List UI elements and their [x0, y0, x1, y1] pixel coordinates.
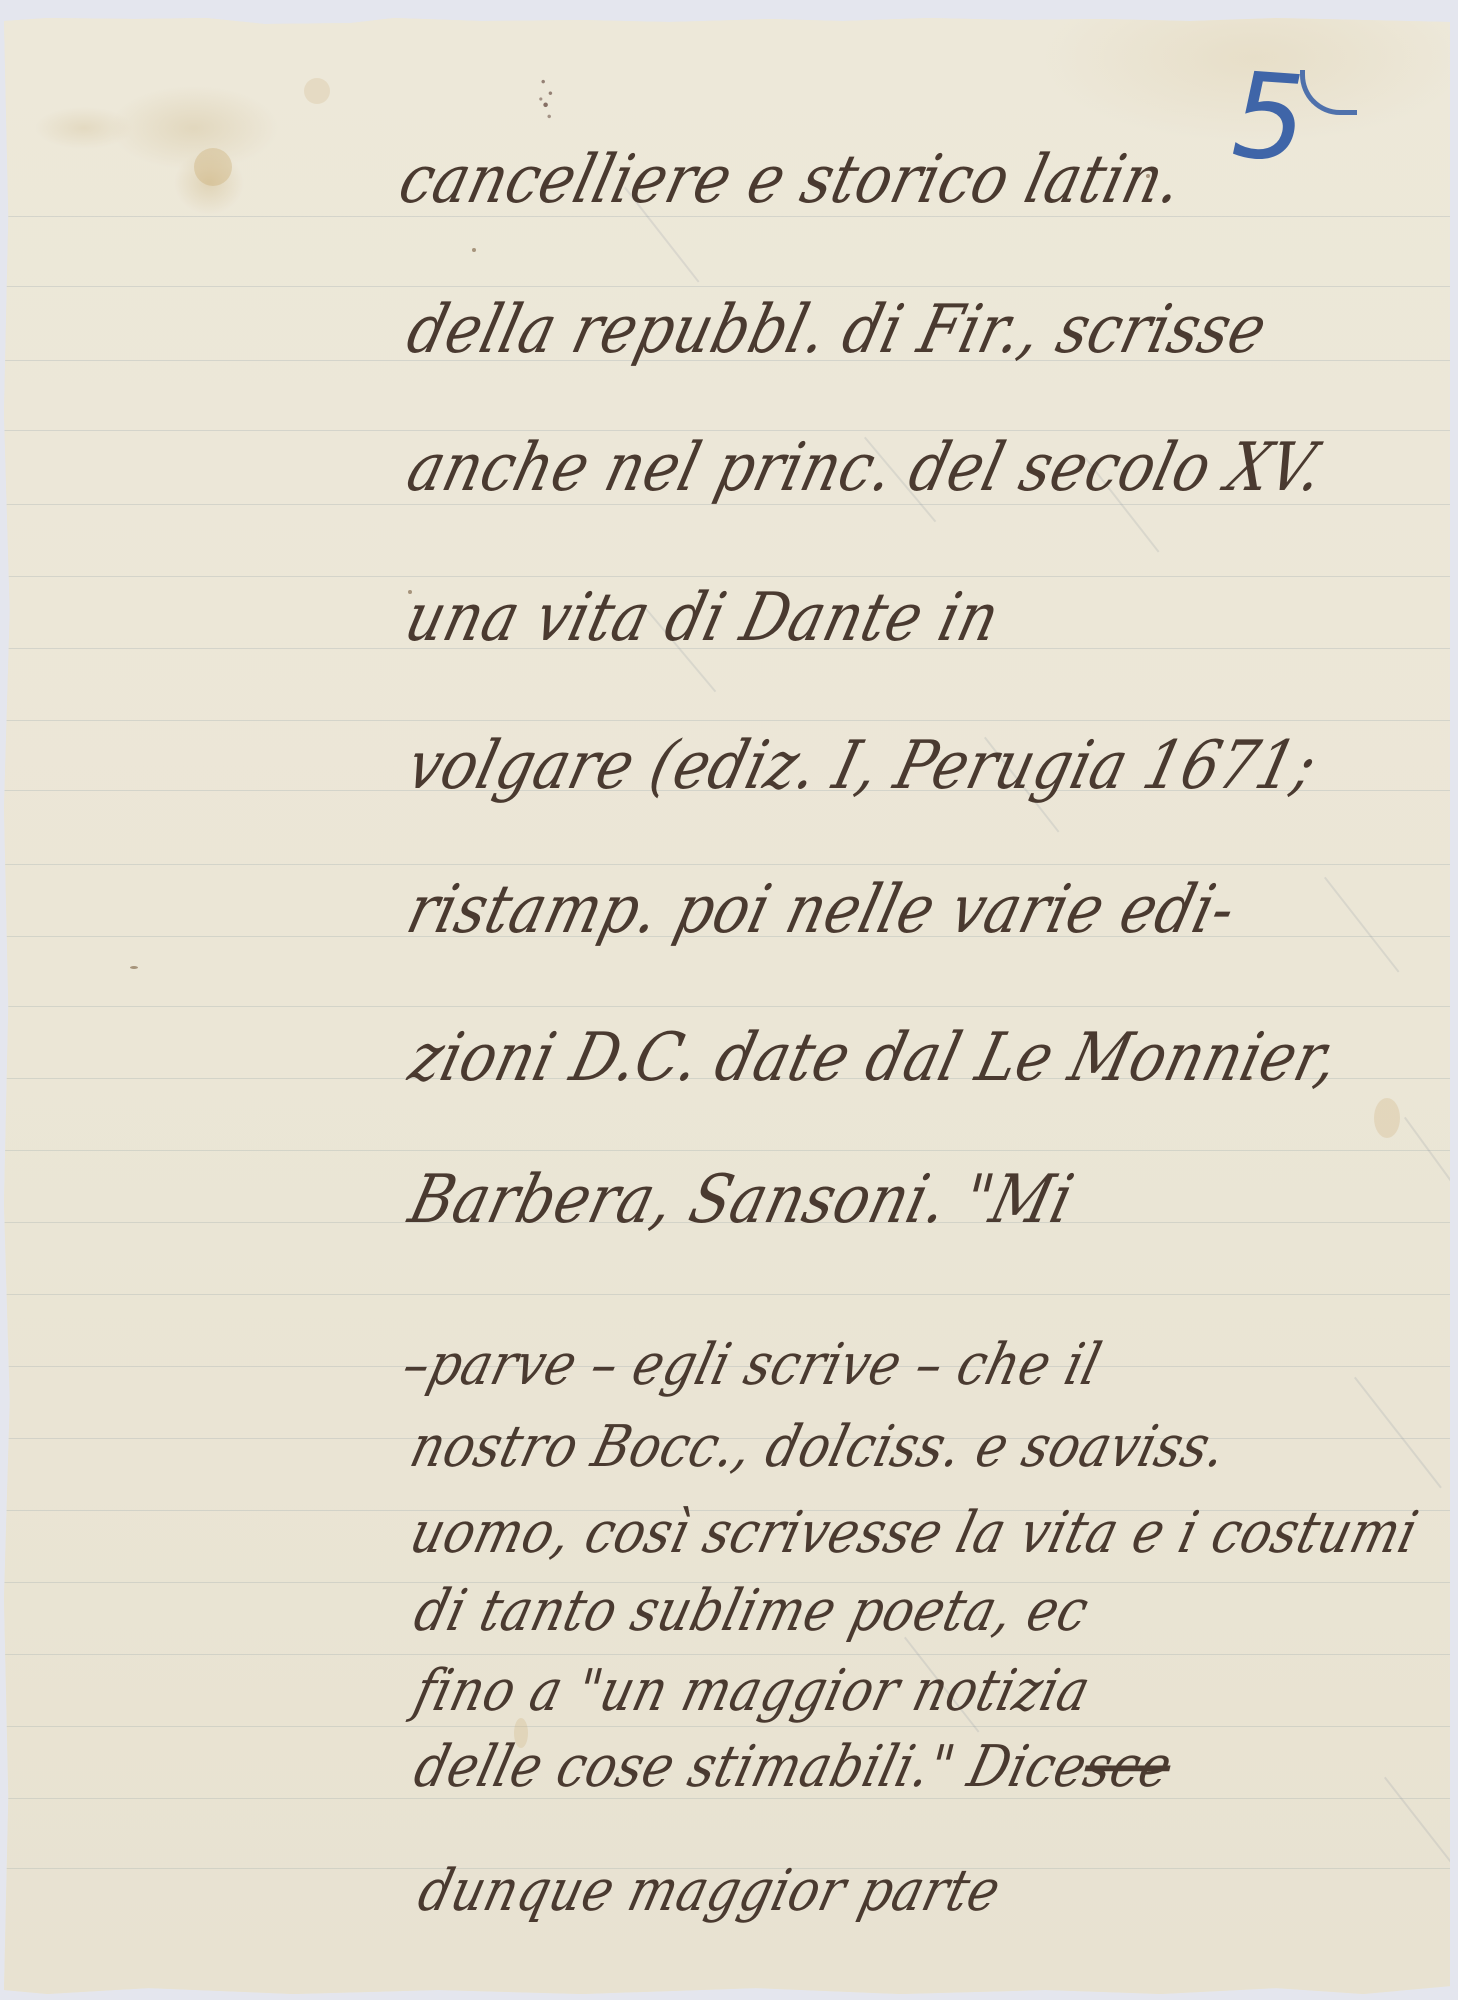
text-line: una vita di Dante in	[398, 578, 1007, 656]
text-line: uomo, così scrivesse la vita e i costumi	[404, 1499, 1425, 1566]
text-line: volgare (ediz. I, Perugia 1671;	[400, 726, 1325, 804]
text-line: delle cose stimabili." Dicesce	[408, 1733, 1179, 1800]
text-line: nostro Bocc., dolciss. e soaviss.	[404, 1413, 1233, 1480]
text-line: –parve – egli scrive – che il	[396, 1331, 1108, 1398]
struck-out-word: sce	[1077, 1733, 1178, 1800]
text-line: zioni D.C. date dal Le Monnier,	[402, 1018, 1347, 1096]
text-line: della repubbl. di Fir., scrisse	[400, 290, 1275, 368]
manuscript-text: cancelliere e storico latin. della repub…	[0, 0, 1458, 2000]
text-line: cancelliere e storico latin.	[392, 140, 1191, 218]
text-line: anche nel princ. del secolo XV.	[400, 428, 1332, 506]
text-line: fino a "un maggior notizia	[408, 1657, 1097, 1724]
text-line: ristamp. poi nelle varie edi-	[400, 870, 1243, 948]
text-line: dunque maggior parte	[412, 1857, 1007, 1924]
text-line: di tanto sublime poeta, ec	[408, 1577, 1095, 1644]
text-line-content: delle cose stimabili." Dice	[408, 1733, 1094, 1800]
text-line: Barbera, Sansoni. "Mi	[402, 1160, 1081, 1238]
